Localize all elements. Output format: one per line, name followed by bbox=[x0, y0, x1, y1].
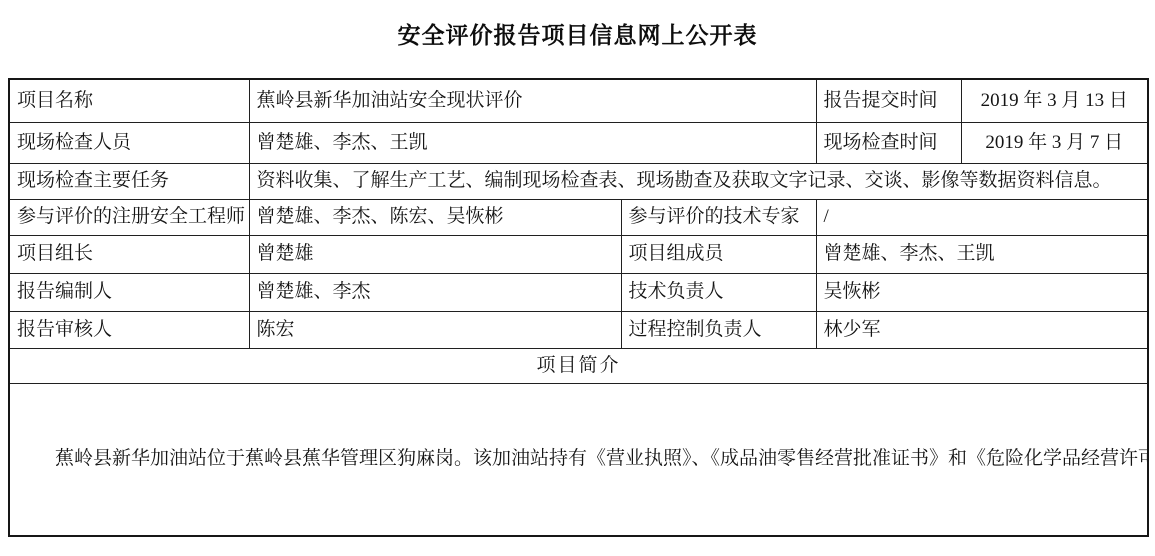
technical-experts-label: 参与评价的技术专家 bbox=[621, 199, 816, 235]
table-row: 项目名称 蕉岭县新华加油站安全现状评价 报告提交时间 2019 年 3 月 13… bbox=[9, 79, 1148, 122]
inspection-tasks-value: 资料收集、了解生产工艺、编制现场检查表、现场勘查及获取文字记录、交谈、影像等数据… bbox=[249, 163, 1148, 199]
report-reviewer-value: 陈宏 bbox=[249, 311, 621, 348]
project-name-label: 项目名称 bbox=[9, 79, 249, 122]
page-title: 安全评价报告项目信息网上公开表 bbox=[0, 0, 1155, 52]
technical-director-value: 吴恢彬 bbox=[816, 273, 1148, 311]
table-row: 项目简介 bbox=[9, 348, 1148, 383]
project-leader-value: 曾楚雄 bbox=[249, 235, 621, 273]
technical-experts-value: / bbox=[816, 199, 1148, 235]
technical-director-label: 技术负责人 bbox=[621, 273, 816, 311]
table-row: 报告编制人 曾楚雄、李杰 技术负责人 吴恢彬 bbox=[9, 273, 1148, 311]
table-row: 项目组长 曾楚雄 项目组成员 曾楚雄、李杰、王凯 bbox=[9, 235, 1148, 273]
table-row: 现场检查主要任务 资料收集、了解生产工艺、编制现场检查表、现场勘查及获取文字记录… bbox=[9, 163, 1148, 199]
process-control-director-label: 过程控制负责人 bbox=[621, 311, 816, 348]
project-info-table: 项目名称 蕉岭县新华加油站安全现状评价 报告提交时间 2019 年 3 月 13… bbox=[8, 78, 1149, 537]
site-inspectors-value: 曾楚雄、李杰、王凯 bbox=[249, 122, 816, 163]
report-submit-time-label: 报告提交时间 bbox=[816, 79, 961, 122]
site-inspection-time-value: 2019 年 3 月 7 日 bbox=[961, 122, 1148, 163]
project-leader-label: 项目组长 bbox=[9, 235, 249, 273]
site-inspection-time-label: 现场检查时间 bbox=[816, 122, 961, 163]
table-row: 现场检查人员 曾楚雄、李杰、王凯 现场检查时间 2019 年 3 月 7 日 bbox=[9, 122, 1148, 163]
table-row: 报告审核人 陈宏 过程控制负责人 林少军 bbox=[9, 311, 1148, 348]
report-compiler-value: 曾楚雄、李杰 bbox=[249, 273, 621, 311]
report-submit-time-value: 2019 年 3 月 13 日 bbox=[961, 79, 1148, 122]
project-members-value: 曾楚雄、李杰、王凯 bbox=[816, 235, 1148, 273]
project-members-label: 项目组成员 bbox=[621, 235, 816, 273]
inspection-tasks-label: 现场检查主要任务 bbox=[9, 163, 249, 199]
registered-engineers-value: 曾楚雄、李杰、陈宏、吴恢彬 bbox=[249, 199, 621, 235]
table-row: 蕉岭县新华加油站位于蕉岭县蕉华管理区狗麻岗。该加油站持有《营业执照》、《成品油零… bbox=[9, 383, 1148, 536]
report-reviewer-label: 报告审核人 bbox=[9, 311, 249, 348]
registered-engineers-label: 参与评价的注册安全工程师 bbox=[9, 199, 249, 235]
project-intro-header: 项目简介 bbox=[9, 348, 1148, 383]
process-control-director-value: 林少军 bbox=[816, 311, 1148, 348]
document-page: 安全评价报告项目信息网上公开表 项目名称 蕉岭县新华加油站安全现状评价 报告提交… bbox=[0, 0, 1155, 556]
site-inspectors-label: 现场检查人员 bbox=[9, 122, 249, 163]
report-compiler-label: 报告编制人 bbox=[9, 273, 249, 311]
table-row: 参与评价的注册安全工程师 曾楚雄、李杰、陈宏、吴恢彬 参与评价的技术专家 / bbox=[9, 199, 1148, 235]
project-name-value: 蕉岭县新华加油站安全现状评价 bbox=[249, 79, 816, 122]
project-intro-text: 蕉岭县新华加油站位于蕉岭县蕉华管理区狗麻岗。该加油站持有《营业执照》、《成品油零… bbox=[9, 383, 1148, 536]
